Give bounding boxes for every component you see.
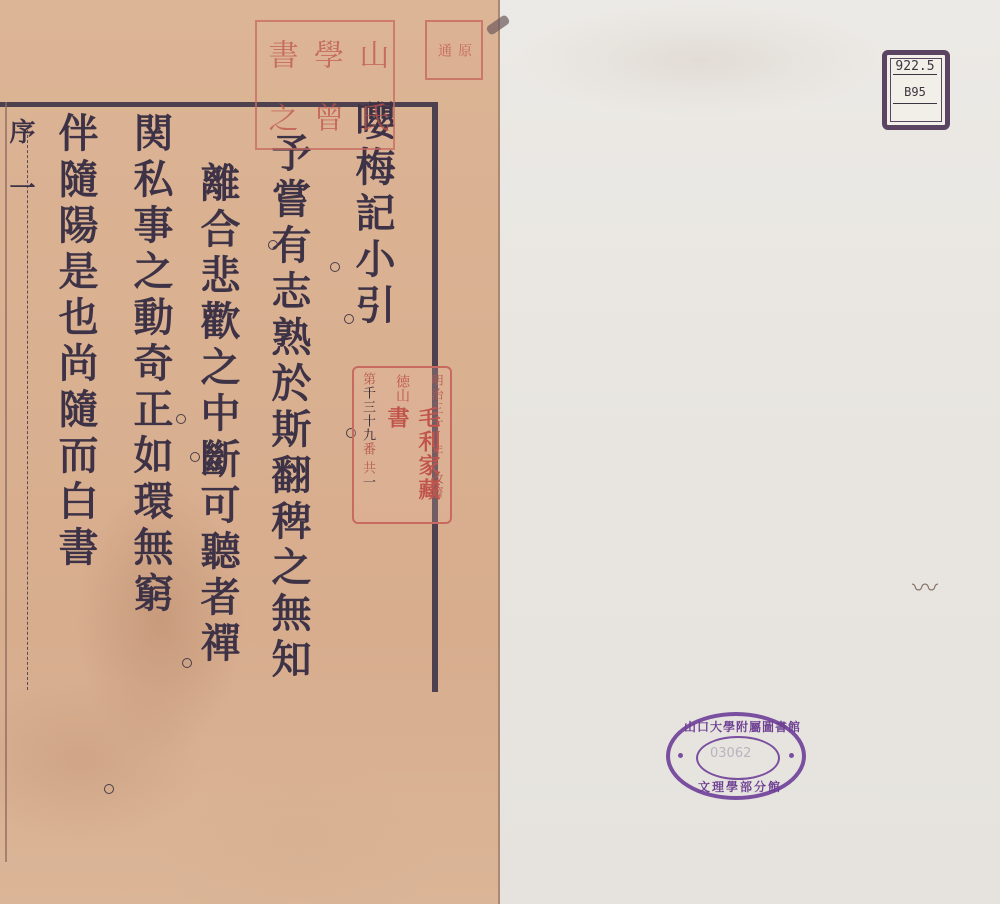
punctuation-mark xyxy=(344,314,354,324)
left-page: 序 一 嚶梅記小引 予嘗有志熟於斯翻稗之無知 離合悲歡之中斷可聽者禪 関私事之動… xyxy=(0,0,500,904)
seal-header: 徳山 xyxy=(392,374,412,402)
mori-collection-seal: 明治三十…年…改濟 徳山 毛利家藏書 第千三十九番 共一 xyxy=(352,366,452,524)
red-seal-small: 原 通 xyxy=(425,20,483,80)
punctuation-mark xyxy=(104,784,114,794)
text-column-2: 予嘗有志熟於斯翻稗之無知 xyxy=(268,132,308,684)
punctuation-mark xyxy=(182,658,192,668)
page-fold-line xyxy=(5,102,7,862)
margin-label: 序 一 xyxy=(2,118,39,200)
call-number-class: 922.5 xyxy=(893,59,937,75)
ink-smudge: 〰 xyxy=(912,568,938,605)
seal-char: 氏 xyxy=(348,102,392,132)
stamp-bottom-text: 文理學部分館 xyxy=(698,778,782,795)
call-number-author: B95 xyxy=(893,85,937,104)
call-number-label: 922.5 B95 xyxy=(882,50,950,130)
seal-number: 第千三十九番 共一 xyxy=(358,372,377,489)
seal-number-suffix: 番 共 xyxy=(360,442,375,475)
stamp-accession-number: 03062 xyxy=(710,746,751,761)
seal-number-prefix: 第 xyxy=(360,372,375,386)
seal-char: 書 xyxy=(258,39,302,69)
seal-char: 學 xyxy=(303,39,347,69)
punctuation-mark xyxy=(268,240,278,250)
seal-char: 原 xyxy=(454,43,474,58)
seal-char: 通 xyxy=(434,43,454,58)
punctuation-mark xyxy=(190,452,200,462)
punctuation-mark xyxy=(330,262,340,272)
text-column-3: 離合悲歡之中斷可聽者禪 xyxy=(197,162,237,668)
seal-main-text: 毛利家藏書 xyxy=(382,406,444,522)
stamp-top-text: 山口大學附屬圖書館 xyxy=(684,718,801,735)
text-column-4: 関私事之動奇正如環無窮 xyxy=(130,112,170,618)
column-rule xyxy=(27,130,28,690)
seal-char: 山 xyxy=(348,39,392,69)
book-spread: 序 一 嚶梅記小引 予嘗有志熟於斯翻稗之無知 離合悲歡之中斷可聽者禪 関私事之動… xyxy=(0,0,1000,904)
stamp-dot xyxy=(678,753,683,758)
library-stamp: 03062 山口大學附屬圖書館 文理學部分館 xyxy=(666,712,806,800)
seal-number-value: 千三十九 xyxy=(360,386,375,442)
red-seal-large: 書 學 山 之 曾 氏 xyxy=(255,20,395,150)
seal-count: 一 xyxy=(360,475,375,489)
punctuation-mark xyxy=(176,414,186,424)
seal-char: 曾 xyxy=(303,102,347,132)
stamp-dot xyxy=(789,753,794,758)
text-column-5: 伴隨陽是也尚隨而白書 xyxy=(55,112,95,572)
seal-char: 之 xyxy=(258,102,302,132)
